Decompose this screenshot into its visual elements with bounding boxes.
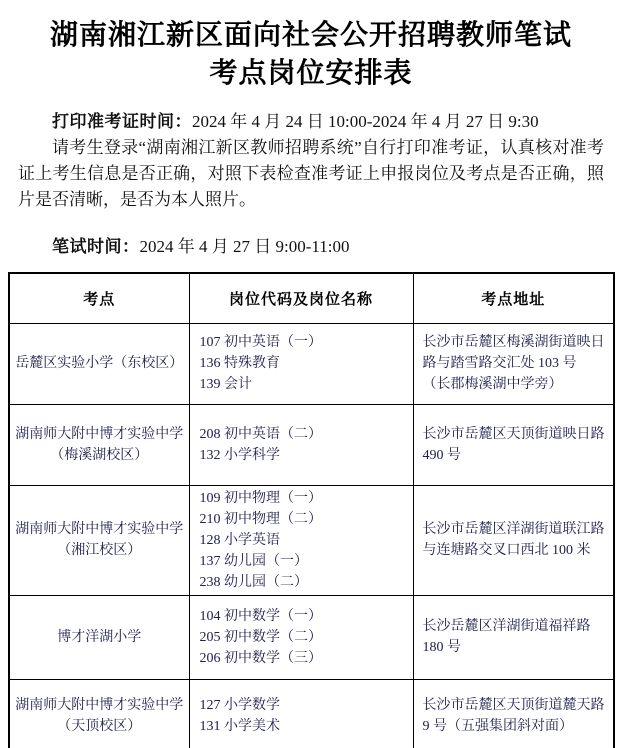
header-position-codes: 岗位代码及岗位名称 (189, 273, 413, 323)
position-codes-cell: 107 初中英语（一） 136 特殊教育 139 会计 (189, 323, 413, 404)
position-codes-cell: 208 初中英语（二） 132 小学科学 (189, 404, 413, 485)
print-time-paragraph: 打印准考证时间：2024 年 4 月 24 日 10:00-2024 年 4 月… (8, 109, 614, 135)
print-time-label: 打印准考证时间： (52, 112, 192, 131)
table-row: 博才洋湖小学104 初中数学（一） 205 初中数学（二） 206 初中数学（三… (9, 595, 614, 679)
title-line-1: 湖南湘江新区面向社会公开招聘教师笔试 (8, 17, 614, 55)
exam-time-paragraph: 笔试时间：2024 年 4 月 27 日 9:00-11:00 (8, 234, 614, 260)
site-address-cell: 长沙市岳麓区洋湖街道联江路与连塘路交叉口西北 100 米 (413, 485, 614, 595)
exam-table-body: 岳麓区实验小学（东校区）107 初中英语（一） 136 特殊教育 139 会计长… (9, 323, 614, 748)
exam-site-cell: 博才洋湖小学 (9, 595, 189, 679)
position-codes-cell: 127 小学数学 131 小学美术 (189, 679, 413, 748)
table-row: 湖南师大附中博才实验中学 （湘江校区）109 初中物理（一） 210 初中物理（… (9, 485, 614, 595)
print-time-value: 2024 年 4 月 24 日 10:00-2024 年 4 月 27 日 9:… (192, 112, 539, 131)
exam-time-value: 2024 年 4 月 27 日 9:00-11:00 (140, 237, 350, 256)
site-address-cell: 长沙市岳麓区天顶街道映日路 490 号 (413, 404, 614, 485)
exam-site-cell: 湖南师大附中博才实验中学 （天顶校区） (9, 679, 189, 748)
header-site-address: 考点地址 (413, 273, 614, 323)
site-address-cell: 长沙岳麓区洋湖街道福祥路 180 号 (413, 595, 614, 679)
table-row: 湖南师大附中博才实验中学 （梅溪湖校区）208 初中英语（二） 132 小学科学… (9, 404, 614, 485)
exam-site-cell: 湖南师大附中博才实验中学 （湘江校区） (9, 485, 189, 595)
exam-time-label: 笔试时间： (52, 237, 140, 256)
site-address-cell: 长沙市岳麓区天顶街道麓天路 9 号（五强集团斜对面） (413, 679, 614, 748)
document-page: 湖南湘江新区面向社会公开招聘教师笔试 考点岗位安排表 打印准考证时间：2024 … (0, 0, 622, 748)
title-line-2: 考点岗位安排表 (8, 55, 614, 93)
site-address-cell: 长沙市岳麓区梅溪湖街道映日路与踏雪路交汇处 103 号 （长郡梅溪湖中学旁） (413, 323, 614, 404)
position-codes-cell: 104 初中数学（一） 205 初中数学（二） 206 初中数学（三） (189, 595, 413, 679)
exam-site-table: 考点 岗位代码及岗位名称 考点地址 岳麓区实验小学（东校区）107 初中英语（一… (8, 272, 615, 748)
table-header-row: 考点 岗位代码及岗位名称 考点地址 (9, 273, 614, 323)
position-codes-cell: 109 初中物理（一） 210 初中物理（二） 128 小学英语 137 幼儿园… (189, 485, 413, 595)
notice-paragraph: 请考生登录“湖南湘江新区教师招聘系统”自行打印准考证，认真核对准考证上考生信息是… (8, 135, 614, 213)
exam-site-cell: 湖南师大附中博才实验中学 （梅溪湖校区） (9, 404, 189, 485)
header-exam-site: 考点 (9, 273, 189, 323)
table-row: 岳麓区实验小学（东校区）107 初中英语（一） 136 特殊教育 139 会计长… (9, 323, 614, 404)
exam-site-cell: 岳麓区实验小学（东校区） (9, 323, 189, 404)
page-title: 湖南湘江新区面向社会公开招聘教师笔试 考点岗位安排表 (8, 17, 614, 93)
table-row: 湖南师大附中博才实验中学 （天顶校区）127 小学数学 131 小学美术长沙市岳… (9, 679, 614, 748)
